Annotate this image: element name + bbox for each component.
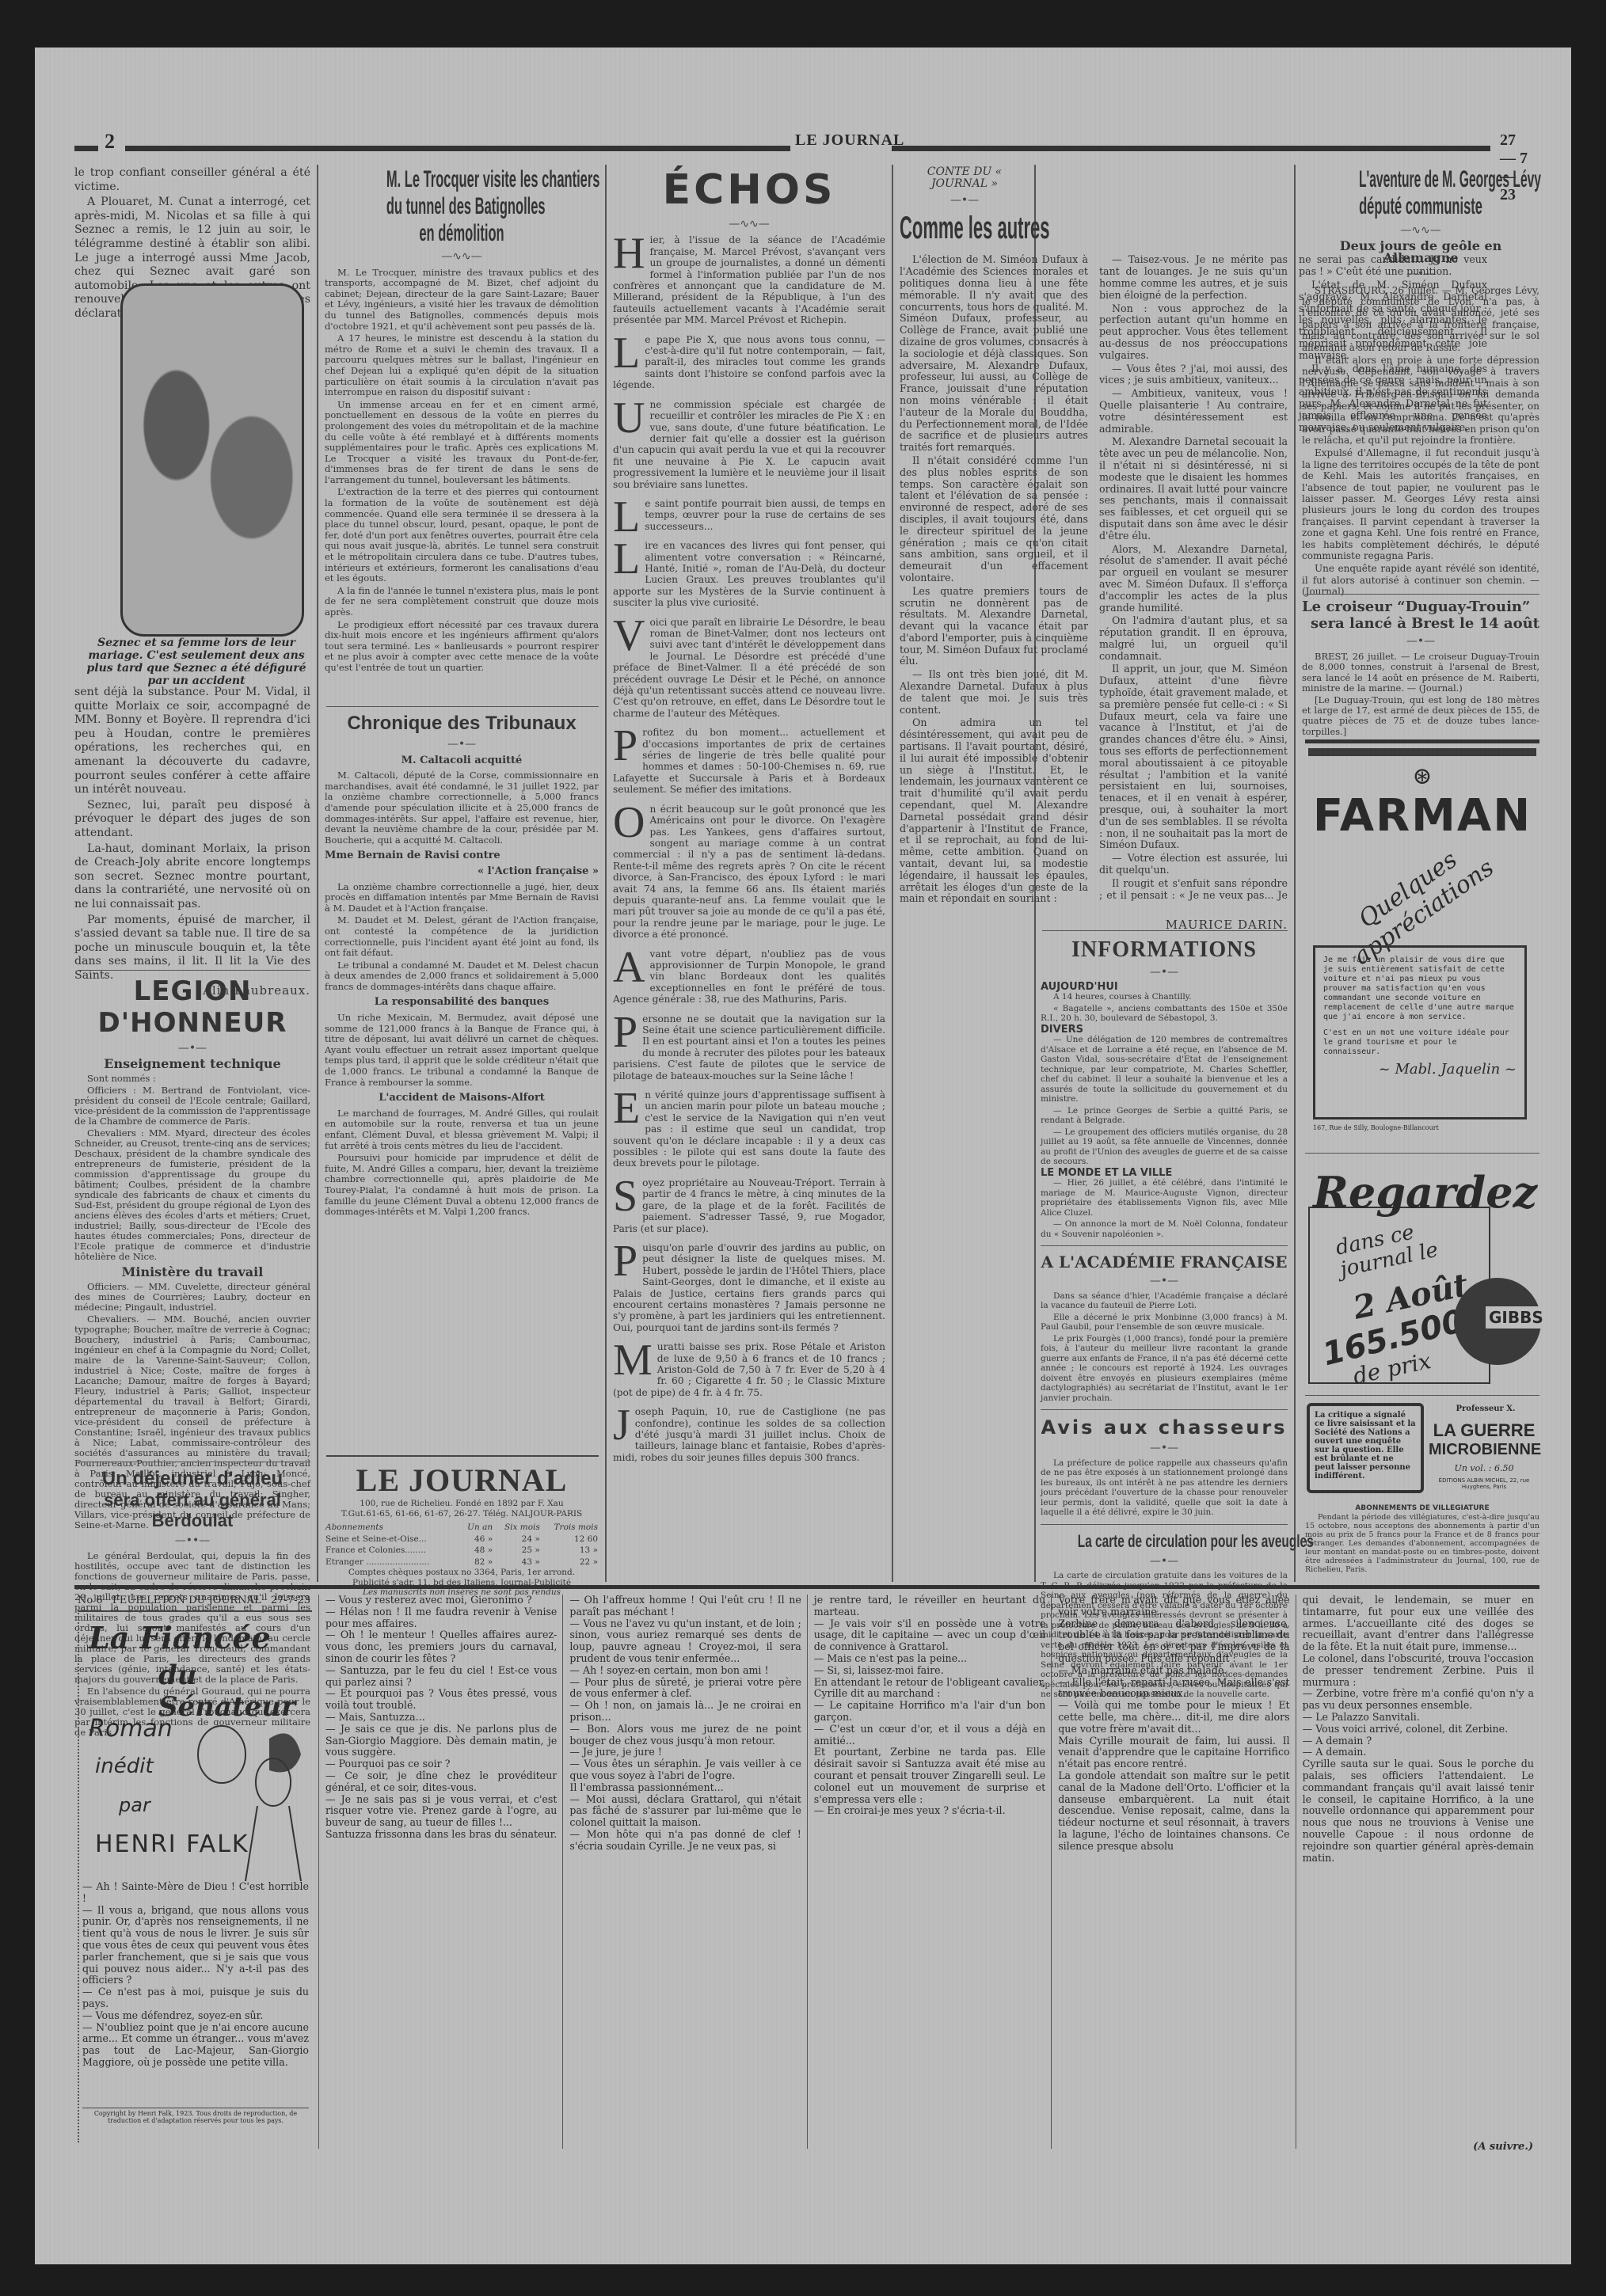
farman-testimonial: Je me fais un plaisir de vous dire que j… — [1313, 945, 1527, 1119]
article-text: Un immense arceau en fer et en ciment ar… — [325, 400, 599, 486]
gibbs-logo-icon: GIBBS — [1454, 1278, 1541, 1365]
drop-cap: V — [613, 618, 645, 653]
croiseur-title: Le croiseur “Duguay-Trouin” — [1302, 599, 1539, 615]
feuilleton-column: je rentre tard, le réveiller en heurtant… — [807, 1595, 1045, 2149]
guerre-publisher: ÉDITIONS ALBIN MICHEL, 22, rue Huyghens,… — [1429, 1477, 1539, 1490]
section-divider — [1305, 594, 1539, 595]
information-item: — Le prince Georges de Serbie a quitté P… — [1041, 1106, 1288, 1126]
ornament: —•— — [900, 195, 1029, 207]
subscription-cell: Six mois — [493, 1522, 541, 1534]
article-text: Elle a décerné le prix Monbinne (3,000 f… — [1041, 1313, 1288, 1332]
subscription-row: Etranger ........................82 »43 … — [325, 1557, 599, 1568]
drop-cap: E — [613, 1091, 640, 1126]
article-text: Le marchand de fourrages, M. André Gille… — [325, 1108, 599, 1151]
header-rule — [892, 146, 1490, 151]
conte-paragraph: On admira un tel désintéressement, qui a… — [900, 717, 1088, 905]
gibbs-regardez: Regardez — [1313, 1167, 1537, 1218]
article-text: Officiers : M. Bertrand de Fontviolant, … — [74, 1085, 310, 1127]
feuilleton-title: La Fiancée — [89, 1620, 271, 1655]
informations-label: DIVERS — [1041, 1025, 1288, 1036]
conte-paragraph: Alors, M. Alexandre Darnetal, résolut de… — [1099, 544, 1288, 614]
subscription-cell: Un an — [459, 1522, 493, 1534]
subscription-cell: 46 » — [459, 1534, 493, 1545]
conte-paragraph: — Taisez-vous. Je ne mérite pas tant de … — [1099, 254, 1288, 301]
drop-cap: J — [613, 1408, 630, 1443]
article-text: M. Daudet et M. Delest, gérant de l'Acti… — [325, 915, 599, 958]
seznec-article-cont: sent déjà la substance. Pour M. Vidal, i… — [74, 686, 310, 998]
subscription-row: Seine et Seine-et-Oise...46 »24 »12 60 — [325, 1534, 599, 1545]
photo-caption: Seznec et sa femme lors de leur mariage.… — [81, 637, 312, 687]
levy-subtitle: Deux jours de geôle en Allemagne — [1302, 241, 1539, 264]
section-divider — [78, 970, 310, 971]
section-divider — [1041, 1524, 1288, 1525]
article-text: A la fin de l'année le tunnel n'existera… — [325, 586, 599, 618]
header-rule-left — [74, 146, 98, 151]
tribunaux-title: Chronique des Tribunaux — [325, 713, 599, 735]
subscription-cell: France et Colonies........ — [325, 1545, 459, 1557]
guerre-price: Un vol. : 6.50 — [1429, 1463, 1539, 1473]
echo-item: Voici que paraît en librairie Le Désordr… — [613, 617, 885, 720]
informations-list: A 14 heures, courses à Chantilly.« Bagat… — [1041, 992, 1288, 1024]
drop-cap: S — [613, 1179, 637, 1214]
levy-article: L'aventure de M. Georges Lévy député com… — [1302, 166, 1539, 599]
croiseur-title: sera lancé à Brest le 14 août — [1302, 615, 1539, 632]
tribunaux-subtitle: « l'Action française » — [325, 866, 599, 877]
echo-item: Muratti baisse ses prix. Rose Pétale et … — [613, 1341, 885, 1398]
subscription-cell: 48 » — [459, 1545, 493, 1557]
header-masthead: LE JOURNAL — [795, 131, 904, 150]
echo-item: On écrit beaucoup sur le goût prononcé q… — [613, 804, 885, 941]
farman-quote: C'est en un mot une voiture idéale pour … — [1323, 1028, 1517, 1057]
conte-paragraph: L'élection de M. Siméon Dufaux à l'Acadé… — [900, 254, 1088, 454]
villegiature-notice: ABONNEMENTS DE VILLEGIATURE Pendant la p… — [1305, 1504, 1539, 1576]
ornament: —••— — [74, 1536, 310, 1546]
article-text: le trop confiant conseiller général a ét… — [74, 166, 310, 194]
article-text: M. Caltacoli, député de la Corse, commis… — [325, 770, 599, 846]
gibbs-brand: GIBBS — [1489, 1308, 1543, 1327]
article-text: Une enquête rapide ayant révélé son iden… — [1302, 563, 1539, 597]
conte-title: Comme les autres — [900, 211, 971, 246]
le-journal-logo: LE JOURNAL — [325, 1462, 599, 1499]
echo-item: Personne ne se doutait que la navigation… — [613, 1013, 885, 1081]
article-text: [Le Duguay-Trouin, qui est long de 180 m… — [1302, 695, 1539, 737]
information-item: — Hier, 26 juillet, a été célébré, dans … — [1041, 1178, 1288, 1218]
page-number: 2 — [105, 130, 115, 154]
information-item: — Le groupement des officiers mutilés or… — [1041, 1127, 1288, 1167]
echo-item: Le pape Pie X, que nous avons tous connu… — [613, 334, 885, 391]
section-divider — [326, 1455, 599, 1457]
informations-list: — Une délégation de 120 membres de contr… — [1041, 1035, 1288, 1167]
subscription-cell: 82 » — [459, 1557, 493, 1568]
article-text: Le tribunal a condamné M. Daudet et M. D… — [325, 960, 599, 993]
farman-emblem-icon: ⊛ — [1305, 762, 1539, 790]
header-rule — [125, 146, 790, 151]
subscription-cell: 24 » — [493, 1534, 541, 1545]
le-journal-box: LE JOURNAL 100, rue de Richelieu. Fondé … — [325, 1462, 599, 1598]
legion-section-title: Ministère du travail — [74, 1267, 310, 1277]
article-text: BREST, 26 juillet. — Le croiseur Duguay-… — [1302, 652, 1539, 694]
aveugles-title: La carte de circulation pour les aveugle… — [1078, 1531, 1250, 1552]
ornament: —•— — [1302, 637, 1539, 647]
drop-cap: P — [613, 728, 637, 763]
feuilleton-illustration: La Fiancée du Sénateur Roman inédit par … — [78, 1610, 312, 2142]
drop-cap: L — [613, 542, 640, 576]
subscription-row: France et Colonies........48 »25 »13 » — [325, 1545, 599, 1557]
conte-paragraph: — Ils ont très bien joué, dit M. Alexand… — [900, 669, 1088, 716]
informations-label: AUJOURD'HUI — [1041, 983, 1288, 993]
farman-quote: Je me fais un plaisir de vous dire que j… — [1323, 956, 1517, 1022]
article-text: Seznec, lui, paraît peu disposé à prévoq… — [74, 799, 310, 841]
conte-paragraph: Il n'était considéré comme l'un des plus… — [900, 455, 1088, 584]
echo-item: Avant votre départ, n'oubliez pas de vou… — [613, 948, 885, 1005]
column-divider — [317, 165, 318, 1582]
ornament: —•— — [1041, 1443, 1288, 1454]
farman-brand: FARMAN — [1305, 790, 1539, 842]
information-item: — Une délégation de 120 membres de contr… — [1041, 1035, 1288, 1104]
subscription-cell: 13 » — [541, 1545, 599, 1557]
echos-title: ÉCHOS — [613, 166, 885, 214]
a-suivre: (A suivre.) — [1473, 2141, 1533, 2153]
ornament: —•— — [1041, 1276, 1288, 1287]
feuilleton-date: 27-7-23 — [271, 1595, 310, 1606]
drop-cap: O — [613, 805, 645, 840]
information-item: — On annonce la mort de M. Noël Colonna,… — [1041, 1219, 1288, 1239]
echo-item: En vérité quinze jours d'apprentissage s… — [613, 1089, 885, 1169]
drop-cap: L — [613, 500, 640, 534]
subscription-row: AbonnementsUn anSix moisTrois mois — [325, 1522, 599, 1534]
legion-title: LEGION D'HONNEUR — [74, 975, 310, 1039]
newspaper-page: 2 LE JOURNAL 27 — 7 — 23 le trop confian… — [35, 48, 1571, 2264]
conte-paragraph: — Votre élection est assurée, lui dit qu… — [1099, 853, 1288, 876]
subscription-cell: 43 » — [493, 1557, 541, 1568]
article-text: Officiers. — MM. Cuvelette, directeur gé… — [74, 1282, 310, 1313]
conte-paragraph: Les quatre premiers tours de scrutin ne … — [900, 586, 1088, 668]
echos-list: Hier, à l'issue de la séance de l'Académ… — [613, 234, 885, 1463]
ornament: —•— — [1041, 967, 1288, 978]
farman-advertisement[interactable]: ⊛ FARMAN Quelques appréciations Je me fa… — [1305, 739, 1539, 1135]
feuilleton-inedit: inédit — [95, 1754, 154, 1778]
feuilleton-roman: Roman — [89, 1715, 173, 1743]
article-text: Le prix Fourgès (1,000 francs), fondé po… — [1041, 1334, 1288, 1404]
farman-address: 167, Rue de Silly, Boulogne-Billancourt — [1313, 1124, 1439, 1131]
article-text: M. Le Trocquer, ministre des travaux pub… — [325, 268, 599, 333]
tribunaux-subtitle: M. Caltacoli acquitté — [325, 755, 599, 766]
tribunaux-subtitle: Mme Bernain de Ravisi contre — [325, 850, 599, 861]
subscription-cell: 25 » — [493, 1545, 541, 1557]
article-text: A 17 heures, le ministre est descendu à … — [325, 333, 599, 398]
drop-cap: P — [613, 1015, 637, 1050]
feuilleton-column: — Oh l'affreux homme ! Qui l'eût cru ! I… — [562, 1595, 801, 2149]
subscription-table: AbonnementsUn anSix moisTrois moisSeine … — [325, 1522, 599, 1568]
article-text: Par moments, épuisé de marcher, il s'ass… — [74, 914, 310, 983]
guerre-ad-blurb: La critique a signalé ce livre saisissan… — [1307, 1403, 1424, 1493]
ornament: —∿∿— — [1302, 225, 1539, 236]
echo-item: Le saint pontife pourrait bien aussi, de… — [613, 498, 885, 532]
drop-cap: U — [613, 401, 645, 435]
guerre-title: MICROBIENNE — [1429, 1441, 1539, 1459]
feuilleton-columns: — Vous y resterez avec moi, Gieronimo ? … — [318, 1595, 1539, 2157]
article-text: L'extraction de la terre et des pierres … — [325, 487, 599, 584]
legion-honneur-article: LEGION D'HONNEUR —•— Enseignement techni… — [74, 975, 310, 1532]
trocquer-article: M. Le Trocquer visite les chantiers du t… — [325, 166, 599, 675]
article-text: Poursuivi pour homicide par imprudence e… — [325, 1153, 599, 1218]
feuilleton-rule — [74, 1585, 1539, 1589]
feuilleton-portrait-illustration — [190, 1707, 309, 1881]
ornament: —•— — [74, 1043, 310, 1054]
journal-phones: T.Gut.61-65, 61-66, 61-67, 26-27. Télég.… — [325, 1509, 599, 1519]
conte-paragraph: — Vous êtes ? j'ai, moi aussi, des vices… — [1099, 363, 1288, 387]
article-text: Il était alors en proie à une forte dépr… — [1302, 355, 1539, 446]
echo-item: Joseph Paquin, 10, rue de Castiglione (n… — [613, 1406, 885, 1463]
feuilleton-column: qui devait, le lendemain, se muer en tin… — [1296, 1595, 1534, 2149]
feuilleton-header: No 6 FEUILLETON DU JOURNAL 27-7-23 — [78, 1595, 310, 1606]
article-text: La préfecture de police rappelle aux cha… — [1041, 1458, 1288, 1518]
author-signature: MAURICE DARIN. — [900, 919, 1288, 931]
echo-item: Puisqu'on parle d'ouvrir des jardins au … — [613, 1242, 885, 1333]
subscription-cell: Etranger ........................ — [325, 1557, 459, 1568]
column-divider — [892, 165, 893, 1582]
article-text: Un riche Mexicain, M. Bermudez, avait dé… — [325, 1013, 599, 1088]
berdoulat-title: Un déjeuner d'adieu — [74, 1468, 310, 1490]
feuilleton-column: Votre frère m'avait dit que vous étiez a… — [1051, 1595, 1289, 2149]
subscription-cell: Seine et Seine-et-Oise... — [325, 1534, 459, 1545]
informations-label: LE MONDE ET LA VILLE — [1041, 1169, 1288, 1179]
trocquer-title: M. Le Trocquer visite les chantiers — [386, 166, 537, 193]
article-text: Sont nommés : — [74, 1074, 310, 1084]
echo-item: Profitez du bon moment... actuellement e… — [613, 727, 885, 795]
conte-paragraph: M. Alexandre Darnetal secouait la tête a… — [1099, 436, 1288, 542]
tribunaux-article: Chronique des Tribunaux —•— M. Caltacoli… — [325, 713, 599, 1219]
trocquer-title: du tunnel des Batignolles — [386, 193, 537, 220]
conte-body: L'élection de M. Siméon Dufaux à l'Acadé… — [900, 254, 1288, 919]
drop-cap: H — [613, 236, 645, 271]
ornament: —∿∿— — [613, 219, 885, 230]
guerre-author: Professeur X. — [1432, 1405, 1539, 1413]
subscription-cell: 12 60 — [541, 1534, 599, 1545]
section-divider — [1041, 1409, 1288, 1410]
conte-paragraph: Il apprit, un jour, que M. Siméon Dufaux… — [1099, 663, 1288, 851]
conte-paragraph: — Ambitieux, vaniteux, vous ! Quelle pla… — [1099, 388, 1288, 435]
ornament: —•— — [1302, 268, 1539, 279]
article-text: sent déjà la substance. Pour M. Vidal, i… — [74, 686, 310, 797]
legion-section-title: Enseignement technique — [74, 1059, 310, 1069]
guerre-title: LA GUERRE — [1429, 1420, 1539, 1441]
section-divider — [78, 1462, 310, 1462]
feuilleton-par: par — [119, 1794, 150, 1816]
section-divider — [1305, 1153, 1539, 1154]
column-divider — [1294, 165, 1296, 1582]
conte-paragraph: On l'admira d'autant plus, et sa réputat… — [1099, 615, 1288, 662]
echo-item: Soyez propriétaire au Nouveau-Tréport. T… — [613, 1177, 885, 1234]
echos-column: ÉCHOS —∿∿— Hier, à l'issue de la séance … — [613, 166, 885, 1471]
feuilleton-number: No 6 — [78, 1595, 103, 1606]
subscription-cell: Trois mois — [541, 1522, 599, 1534]
seznec-wedding-photo — [120, 283, 304, 637]
echo-item: Une commission spéciale est chargée de r… — [613, 399, 885, 490]
article-text: Dans sa séance d'hier, l'Académie frança… — [1041, 1291, 1288, 1311]
echo-item: Lire en vacances des livres qui font pen… — [613, 540, 885, 608]
guerre-microbienne-advertisement[interactable]: La critique a signalé ce livre saisissan… — [1305, 1401, 1539, 1496]
informations-list: — Hier, 26 juillet, a été célébré, dans … — [1041, 1178, 1288, 1239]
information-item: A 14 heures, courses à Chantilly. — [1041, 992, 1288, 1002]
journal-cheques: Comptes chèques postaux no 3364, Paris, … — [325, 1568, 599, 1578]
berdoulat-title: sera offert au général Berdoulat — [74, 1490, 310, 1531]
croiseur-article: Le croiseur “Duguay-Trouin” sera lancé à… — [1302, 599, 1539, 739]
gibbs-advertisement[interactable]: Regardez dans ce journal le 2 Août 165.5… — [1305, 1159, 1539, 1389]
column-divider — [605, 165, 607, 1582]
page-header: 2 LE JOURNAL 27 — 7 — 23 — [74, 144, 1532, 152]
trocquer-title: en démolition — [386, 220, 537, 247]
section-divider — [326, 706, 599, 707]
section-divider — [1041, 1245, 1288, 1246]
article-text: La onzième chambre correctionnelle a jug… — [325, 882, 599, 914]
farman-signature: ~ Mabl. Jaquelin ~ — [1323, 1065, 1517, 1074]
information-item: « Bagatelle », anciens combattants des 1… — [1041, 1004, 1288, 1024]
villegiature-title: ABONNEMENTS DE VILLEGIATURE — [1305, 1504, 1539, 1513]
conte-article: CONTE DU « JOURNAL » —•— Comme les autre… — [900, 166, 1288, 931]
section-divider — [1305, 1395, 1539, 1396]
levy-title: député communiste — [1356, 193, 1486, 220]
subscription-cell: 22 » — [541, 1557, 599, 1568]
ornament: —∿∿— — [325, 252, 599, 263]
drop-cap: M — [613, 1343, 653, 1378]
article-text: Expulsé d'Allemagne, il fut reconduit ju… — [1302, 447, 1539, 561]
tribunaux-subtitle: La responsabilité des banques — [325, 997, 599, 1008]
feuilleton-column: — Vous y resterez avec moi, Gieronimo ? … — [318, 1595, 557, 2149]
conte-kicker: CONTE DU « JOURNAL » — [900, 166, 1029, 190]
chasseurs-title: Avis aux chasseurs — [1041, 1416, 1288, 1439]
conte-paragraph: Non : vous approchez de la perfection au… — [1099, 303, 1288, 362]
article-text: Pendant la période des villégiatures, c'… — [1305, 1513, 1539, 1574]
article-text: La-haut, dominant Morlaix, la prison de … — [74, 842, 310, 912]
feuilleton-label: FEUILLETON DU JOURNAL — [112, 1595, 261, 1606]
subscription-cell: Abonnements — [325, 1522, 459, 1534]
feuilleton-copyright: Copyright by Henri Falk, 1923. Tous droi… — [82, 2108, 309, 2124]
levy-title: L'aventure de M. Georges Lévy — [1359, 166, 1482, 193]
article-text: Chevaliers : MM. Myard, directeur des éc… — [74, 1128, 310, 1262]
ornament: —•— — [325, 739, 599, 751]
drop-cap: P — [613, 1244, 637, 1279]
feuilleton-text: — Ah ! Sainte-Mère de Dieu ! C'est horri… — [82, 1881, 309, 2103]
echo-item: Hier, à l'issue de la séance de l'Académ… — [613, 234, 885, 325]
journal-address: 100, rue de Richelieu. Fondé en 1892 par… — [325, 1499, 599, 1509]
academie-title: A L'ACADÉMIE FRANÇAISE — [1041, 1253, 1288, 1272]
section-divider — [1042, 930, 1288, 931]
article-text: Le prodigieux effort nécessité par ces t… — [325, 620, 599, 674]
informations-title: INFORMATIONS — [1041, 937, 1288, 963]
tribunaux-subtitle: L'accident de Maisons-Alfort — [325, 1093, 599, 1104]
drop-cap: L — [613, 336, 640, 371]
ornament: —•— — [1041, 1557, 1288, 1567]
drop-cap: A — [613, 950, 645, 985]
article-text: STRASBOURG, 26 juillet. — M. Georges Lév… — [1302, 285, 1539, 353]
